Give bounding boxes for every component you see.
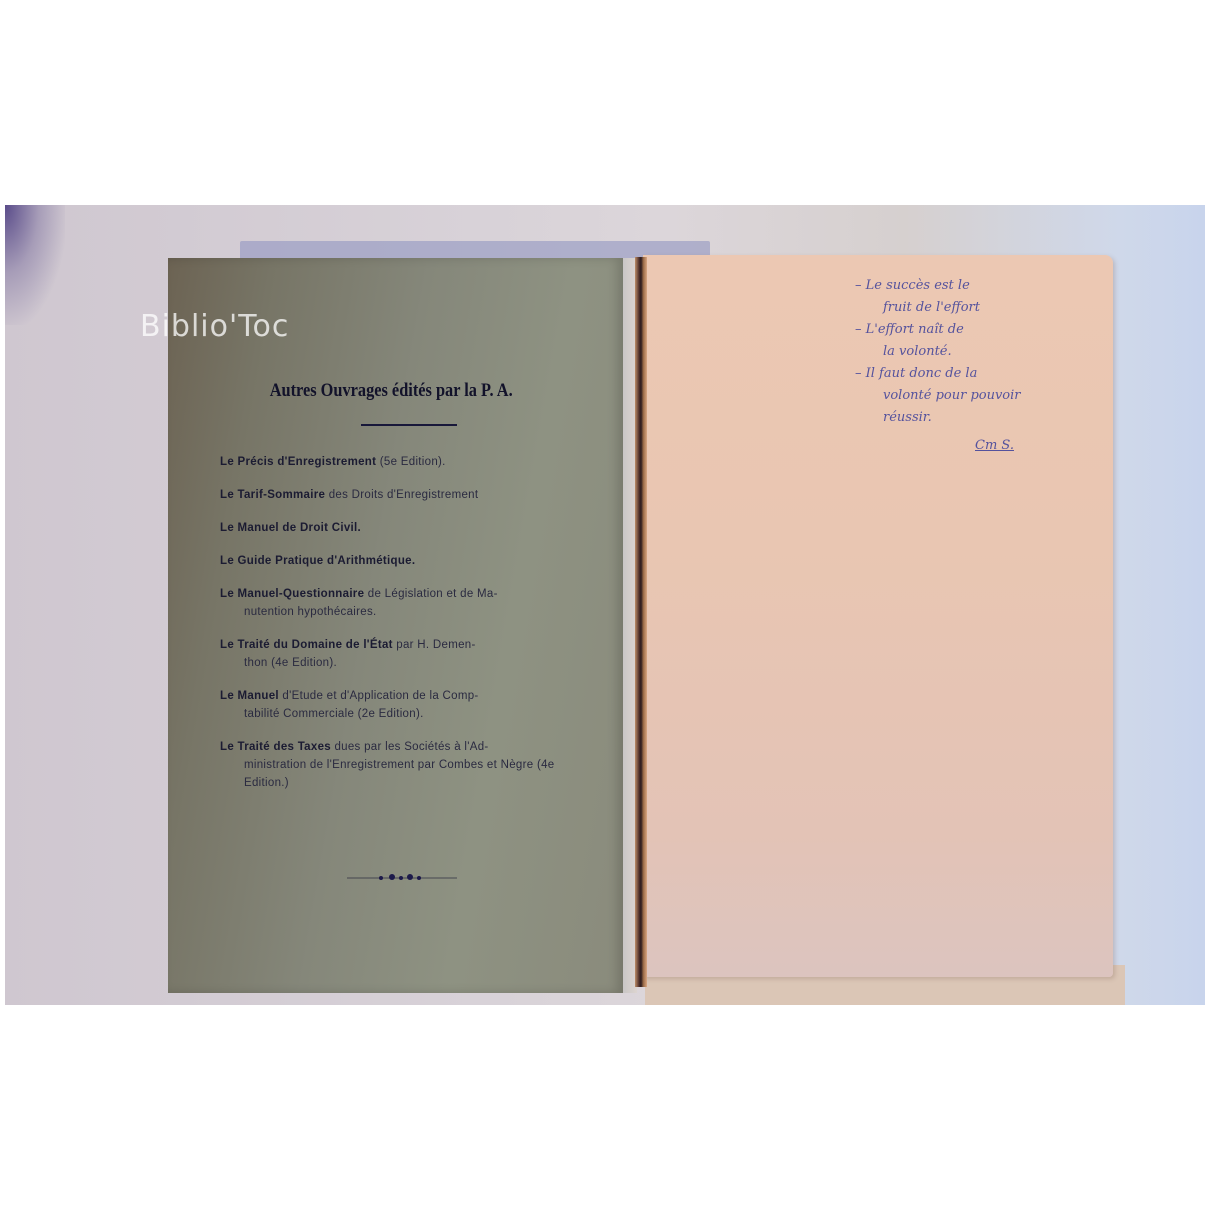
book-spine	[635, 257, 647, 987]
book-list-item: Le Traité du Domaine de l'État par H. De…	[220, 636, 585, 672]
title-rule	[361, 424, 457, 426]
book-detail-continued: thon (4e Edition).	[220, 654, 585, 672]
book-list: Le Précis d'Enregistrement (5e Edition).…	[220, 453, 585, 807]
book-title: Le Traité des Taxes	[220, 741, 331, 753]
book-detail-continued: ministration de l'Enregistrement par Com…	[220, 756, 585, 792]
handwritten-note: – Le succès est lefruit de l'effort– L'e…	[855, 275, 1095, 457]
book-title: Le Tarif-Sommaire	[220, 489, 325, 501]
book-list-item: Le Manuel de Droit Civil.	[220, 519, 585, 537]
note-line: – L'effort naît de	[855, 319, 1095, 341]
shadow	[5, 205, 65, 325]
book-detail: de Législation et de Ma-	[364, 588, 497, 600]
book-detail: (5e Edition).	[376, 456, 445, 468]
book-title: Le Manuel	[220, 690, 279, 702]
book-list-item: Le Tarif-Sommaire des Droits d'Enregistr…	[220, 486, 585, 504]
book-title: Le Manuel-Questionnaire	[220, 588, 364, 600]
book-photo: Biblio'Toc Autres Ouvrages édités par la…	[5, 205, 1205, 1005]
book-detail: d'Etude et d'Application de la Comp-	[279, 690, 479, 702]
page-title: Autres Ouvrages édités par la P. A.	[245, 380, 537, 402]
book-list-item: Le Précis d'Enregistrement (5e Edition).	[220, 453, 585, 471]
book-title: Le Guide Pratique d'Arithmétique.	[220, 555, 415, 567]
book-list-item: Le Manuel d'Etude et d'Application de la…	[220, 687, 585, 723]
note-line: – Il faut donc de la	[855, 363, 1095, 385]
book-title: Le Précis d'Enregistrement	[220, 456, 376, 468]
book-list-item: Le Guide Pratique d'Arithmétique.	[220, 552, 585, 570]
book-detail: dues par les Sociétés à l'Ad-	[331, 741, 489, 753]
book-detail: des Droits d'Enregistrement	[325, 489, 478, 501]
book-detail-continued: nutention hypothécaires.	[220, 603, 585, 621]
ornament-divider	[347, 877, 457, 879]
book-title: Le Traité du Domaine de l'État	[220, 639, 393, 651]
note-line: volonté pour pouvoir	[855, 385, 1095, 407]
book-list-item: Le Manuel-Questionnaire de Législation e…	[220, 585, 585, 621]
note-line: la volonté.	[855, 341, 1095, 363]
note-line: fruit de l'effort	[855, 297, 1095, 319]
signature: Cm S.	[975, 435, 1014, 457]
watermark-logo: Biblio'Toc	[140, 309, 289, 344]
note-line: – Le succès est le	[855, 275, 1095, 297]
book-title: Le Manuel de Droit Civil.	[220, 522, 361, 534]
book-list-item: Le Traité des Taxes dues par les Société…	[220, 738, 585, 792]
book-detail-continued: tabilité Commerciale (2e Edition).	[220, 705, 585, 723]
book-detail: par H. Demen-	[393, 639, 476, 651]
note-line: réussir.	[855, 407, 1095, 429]
